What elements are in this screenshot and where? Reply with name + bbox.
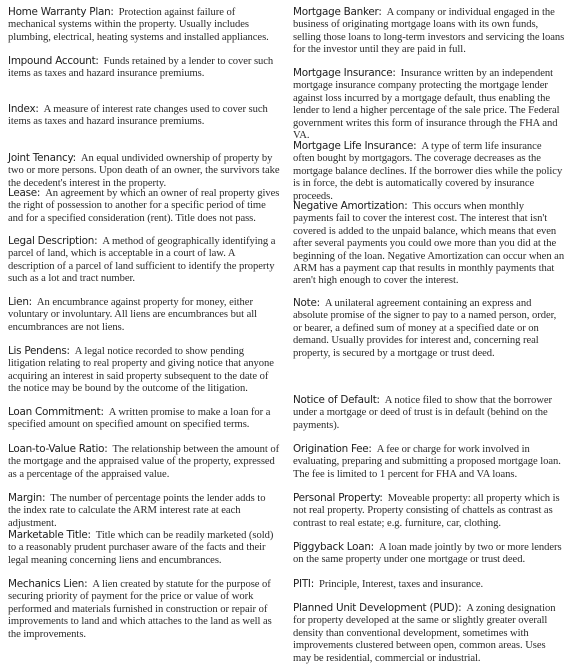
glossary-entry-mechanics-lien: Mechanics Lien:A lien created by statute… [8, 578, 280, 641]
glossary-entry-personal-property: Personal Property:Moveable property: all… [293, 492, 565, 530]
glossary-entry-joint-tenancy: Joint Tenancy:An equal undivided ownersh… [8, 152, 280, 190]
glossary-definition: A measure of interest rate changes used … [8, 104, 268, 127]
glossary-term: Index: [8, 103, 39, 115]
glossary-entry-home-warranty-plan: Home Warranty Plan:Protection against fa… [8, 6, 280, 44]
glossary-entry-mortgage-insurance: Mortgage Insurance:Insurance written by … [293, 67, 565, 142]
glossary-term: Notice of Default: [293, 394, 380, 406]
glossary-term: Lis Pendens: [8, 345, 70, 357]
glossary-entry-mortgage-life-insurance: Mortgage Life Insurance:A type of term l… [293, 140, 565, 203]
glossary-definition: A unilateral agreement containing an exp… [293, 298, 556, 359]
glossary-entry-negative-amortization: Negative Amortization:This occurs when m… [293, 200, 565, 288]
glossary-definition: Principle, Interest, taxes and insurance… [319, 579, 483, 590]
glossary-definition: This occurs when monthly payments fail t… [293, 201, 564, 286]
glossary-term: Impound Account: [8, 55, 99, 67]
glossary-entry-notice-of-default: Notice of Default:A notice filed to show… [293, 394, 565, 432]
glossary-entry-loan-to-value-ratio: Loan-to-Value Ratio:The relationship bet… [8, 443, 280, 481]
glossary-term: Planned Unit Development (PUD): [293, 602, 461, 614]
glossary-entry-margin: Margin:The number of percentage points t… [8, 492, 280, 530]
glossary-term: Mechanics Lien: [8, 578, 87, 590]
glossary-term: Lien: [8, 296, 32, 308]
glossary-entry-impound-account: Impound Account:Funds retained by a lend… [8, 55, 280, 81]
glossary-term: Home Warranty Plan: [8, 6, 114, 18]
glossary-term: Origination Fee: [293, 443, 372, 455]
glossary-term: Joint Tenancy: [8, 152, 76, 164]
glossary-entry-lien: Lien:An encumbrance against property for… [8, 296, 280, 334]
glossary-term: Personal Property: [293, 492, 383, 504]
glossary-term: PITI: [293, 578, 314, 590]
glossary-term: Mortgage Banker: [293, 6, 382, 18]
glossary-term: Legal Description: [8, 235, 97, 247]
glossary-entry-index: Index:A measure of interest rate changes… [8, 103, 280, 129]
glossary-definition: An encumbrance against property for mone… [8, 297, 257, 333]
glossary-entry-piggyback-loan: Piggyback Loan:A loan made jointly by tw… [293, 541, 565, 567]
glossary-term: Piggyback Loan: [293, 541, 374, 553]
glossary-definition: An agreement by which an owner of real p… [8, 188, 279, 224]
glossary-term: Note: [293, 297, 320, 309]
glossary-entry-marketable-title: Marketable Title:Title which can be read… [8, 529, 280, 567]
glossary-term: Mortgage Life Insurance: [293, 140, 416, 152]
glossary-term: Loan Commitment: [8, 406, 104, 418]
glossary-term: Negative Amortization: [293, 200, 407, 212]
glossary-entry-planned-unit-development: Planned Unit Development (PUD):A zoning … [293, 602, 565, 664]
glossary-entry-loan-commitment: Loan Commitment:A written promise to mak… [8, 406, 280, 432]
glossary-entry-note: Note:A unilateral agreement containing a… [293, 297, 565, 360]
glossary-term: Marketable Title: [8, 529, 91, 541]
glossary-entry-legal-description: Legal Description:A method of geographic… [8, 235, 280, 286]
glossary-entry-origination-fee: Origination Fee:A fee or charge for work… [293, 443, 565, 481]
glossary-term: Loan-to-Value Ratio: [8, 443, 107, 455]
glossary-term: Mortgage Insurance: [293, 67, 396, 79]
glossary-term: Margin: [8, 492, 45, 504]
glossary-entry-lease: Lease:An agreement by which an owner of … [8, 187, 280, 225]
glossary-definition: The number of percentage points the lend… [8, 493, 265, 529]
glossary-entry-piti: PITI:Principle, Interest, taxes and insu… [293, 578, 565, 591]
glossary-term: Lease: [8, 187, 40, 199]
glossary-entry-lis-pendens: Lis Pendens:A legal notice recorded to s… [8, 345, 280, 396]
glossary-entry-mortgage-banker: Mortgage Banker:A company or individual … [293, 6, 565, 57]
